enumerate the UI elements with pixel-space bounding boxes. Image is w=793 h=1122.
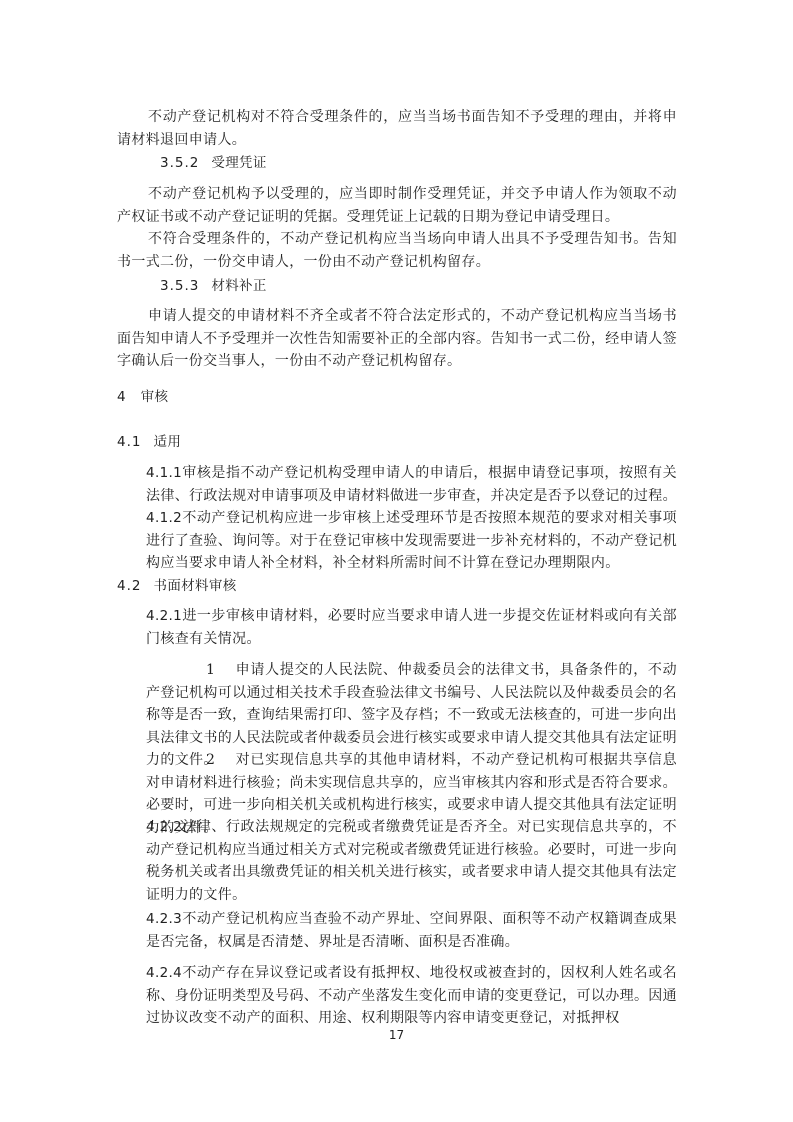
clause-4-2-1: 4.2.1进一步审核申请材料，必要时应当要求申请人进一步提交佐证材料或向有关部门… [146, 605, 677, 650]
paragraph-acceptance-receipt: 不动产登记机构予以受理的，应当即时制作受理凭证，并交予申请人作为领取不动产权证书… [117, 183, 677, 228]
document-page: 不动产登记机构对不符合受理条件的，应当当场书面告知不予受理的理由，并将申请材料退… [0, 0, 793, 1122]
heading-title: 书面材料审核 [153, 578, 236, 594]
clause-4-1-2: 4.1.2不动产登记机构应进一步审核上述受理环节是否按照本规范的要求对相关事项进… [146, 507, 677, 575]
heading-4-2: 4.2书面材料审核 [117, 575, 677, 598]
clause-4-2-2: 4.2.2法律、行政法规规定的完税或者缴费凭证是否齐全。对已实现信息共享的，不动… [146, 816, 677, 906]
heading-number: 3.5.3 [160, 275, 199, 298]
heading-number: 4.1 [117, 431, 141, 454]
paragraph-material-supplement: 申请人提交的申请材料不齐全或者不符合法定形式的，不动产登记机构应当当场书面告知申… [117, 305, 677, 373]
clause-number: 4.1.1 [146, 465, 182, 481]
clause-4-2-3: 4.2.3不动产登记机构应当查验不动产界址、空间界限、面积等不动产权籍调查成果是… [146, 908, 677, 953]
heading-3-5-2: 3.5.2受理凭证 [160, 152, 720, 175]
heading-number: 3.5.2 [160, 152, 199, 175]
clause-number: 4.1.2 [146, 510, 182, 526]
page-number: 17 [0, 1028, 793, 1042]
paragraph-rejection-notice: 不动产登记机构对不符合受理条件的，应当当场书面告知不予受理的理由，并将申请材料退… [117, 106, 677, 151]
clause-text: 进一步审核申请材料，必要时应当要求申请人进一步提交佐证材料或向有关部门核查有关情… [146, 608, 677, 647]
clause-text: 法律、行政法规规定的完税或者缴费凭证是否齐全。对已实现信息共享的，不动产登记机构… [146, 819, 677, 903]
clause-4-2-4: 4.2.4不动产存在异议登记或者设有抵押权、地役权或被查封的，因权利人姓名或名称… [146, 962, 677, 1030]
clause-text: 不动产存在异议登记或者设有抵押权、地役权或被查封的，因权利人姓名或名称、身份证明… [146, 965, 677, 1026]
item-number: 2 [176, 749, 215, 772]
clause-number: 4.2.2 [146, 819, 182, 835]
clause-4-1-1: 4.1.1审核是指不动产登记机构受理申请人的申请后，根据申请登记事项，按照有关法… [146, 462, 677, 507]
clause-number: 4.2.3 [146, 911, 182, 927]
heading-title: 受理凭证 [211, 155, 266, 171]
heading-3-5-3: 3.5.3材料补正 [160, 275, 720, 298]
heading-number: 4.2 [117, 575, 141, 598]
paragraph-non-acceptance-notice: 不符合受理条件的，不动产登记机构应当当场向申请人出具不予受理告知书。告知书一式二… [117, 228, 677, 273]
clause-number: 4.2.4 [146, 965, 182, 981]
heading-title: 审核 [141, 389, 169, 405]
heading-number: 4 [117, 386, 127, 409]
item-number: 1 [176, 659, 215, 682]
clause-text: 不动产登记机构应当查验不动产界址、空间界限、面积等不动产权籍调查成果是否完备，权… [146, 911, 677, 950]
clause-text: 审核是指不动产登记机构受理申请人的申请后，根据申请登记事项，按照有关法律、行政法… [146, 465, 677, 504]
clause-text: 不动产登记机构应进一步审核上述受理环节是否按照本规范的要求对相关事项进行了查验、… [146, 510, 677, 571]
heading-title: 材料补正 [211, 278, 266, 294]
clause-number: 4.2.1 [146, 608, 182, 624]
heading-4: 4审核 [117, 386, 677, 409]
heading-4-1: 4.1适用 [117, 431, 677, 454]
heading-title: 适用 [153, 434, 181, 450]
